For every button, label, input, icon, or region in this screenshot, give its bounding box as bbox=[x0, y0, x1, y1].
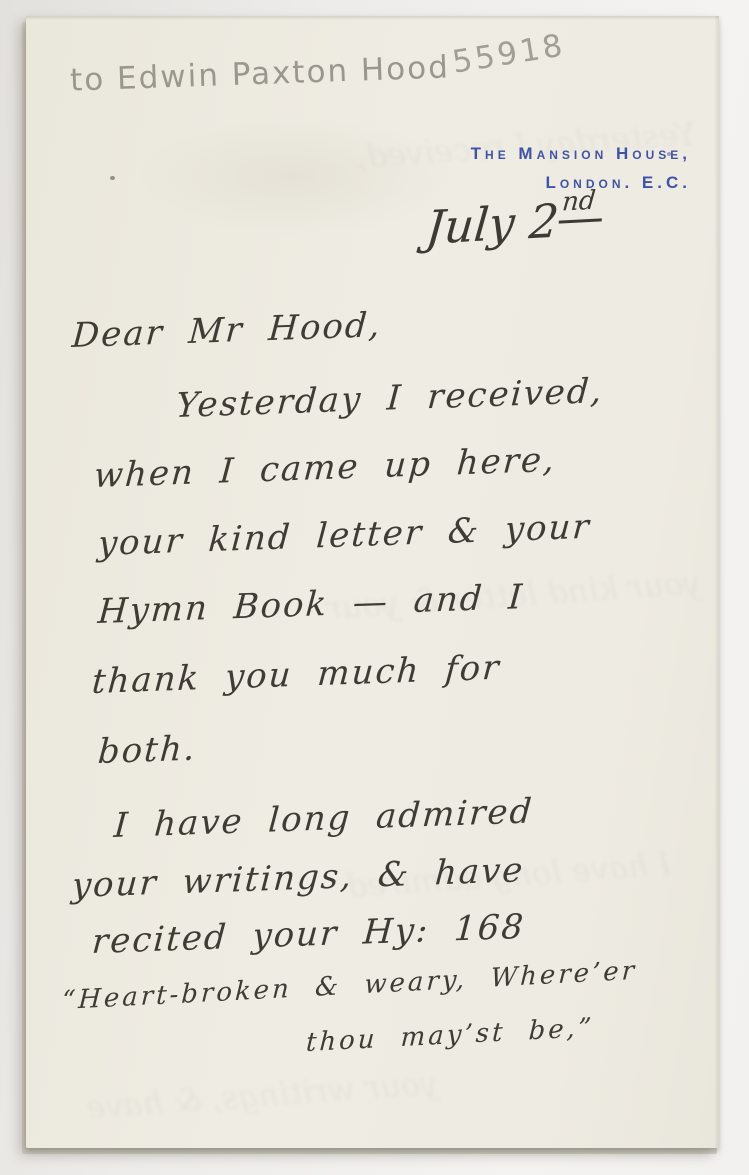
paper-smudge bbox=[136, 116, 456, 236]
letter-photograph: Yesterday I received, your kind letter &… bbox=[0, 0, 749, 1175]
letter-line: your kind letter & your bbox=[97, 507, 593, 564]
letter-line-quote: thou may’st be,” bbox=[305, 1013, 595, 1058]
date-day: July 2 bbox=[424, 194, 561, 255]
letter-line: your writings, & have bbox=[71, 850, 526, 906]
letter-paper: Yesterday I received, your kind letter &… bbox=[26, 16, 719, 1148]
letter-line: recited your Hy: 168 bbox=[91, 907, 527, 962]
pencil-recipient-annotation: to Edwin Paxton Hood bbox=[69, 49, 450, 98]
letter-line: thank you much for bbox=[91, 648, 502, 702]
bleedthrough-ghost: your writings, & have bbox=[85, 1064, 439, 1127]
date-ordinal-suffix: nd bbox=[558, 185, 604, 223]
letter-line-quote: “Heart-broken & weary, Where’er bbox=[61, 956, 638, 1016]
handwritten-date: July 2nd bbox=[424, 191, 605, 255]
letterhead-line1: The Mansion House, bbox=[471, 144, 691, 164]
letter-line: Hymn Book — and I bbox=[97, 577, 526, 632]
pencil-catalog-number: 55918 bbox=[450, 27, 568, 80]
letter-line-salutation: Dear Mr Hood, bbox=[71, 305, 383, 356]
letter-line: when I came up here, bbox=[93, 440, 558, 496]
letter-line: both. bbox=[97, 728, 198, 772]
paper-speck bbox=[110, 176, 115, 180]
letter-line: Yesterday I received, bbox=[175, 371, 605, 426]
letter-line: I have long admired bbox=[113, 791, 535, 846]
